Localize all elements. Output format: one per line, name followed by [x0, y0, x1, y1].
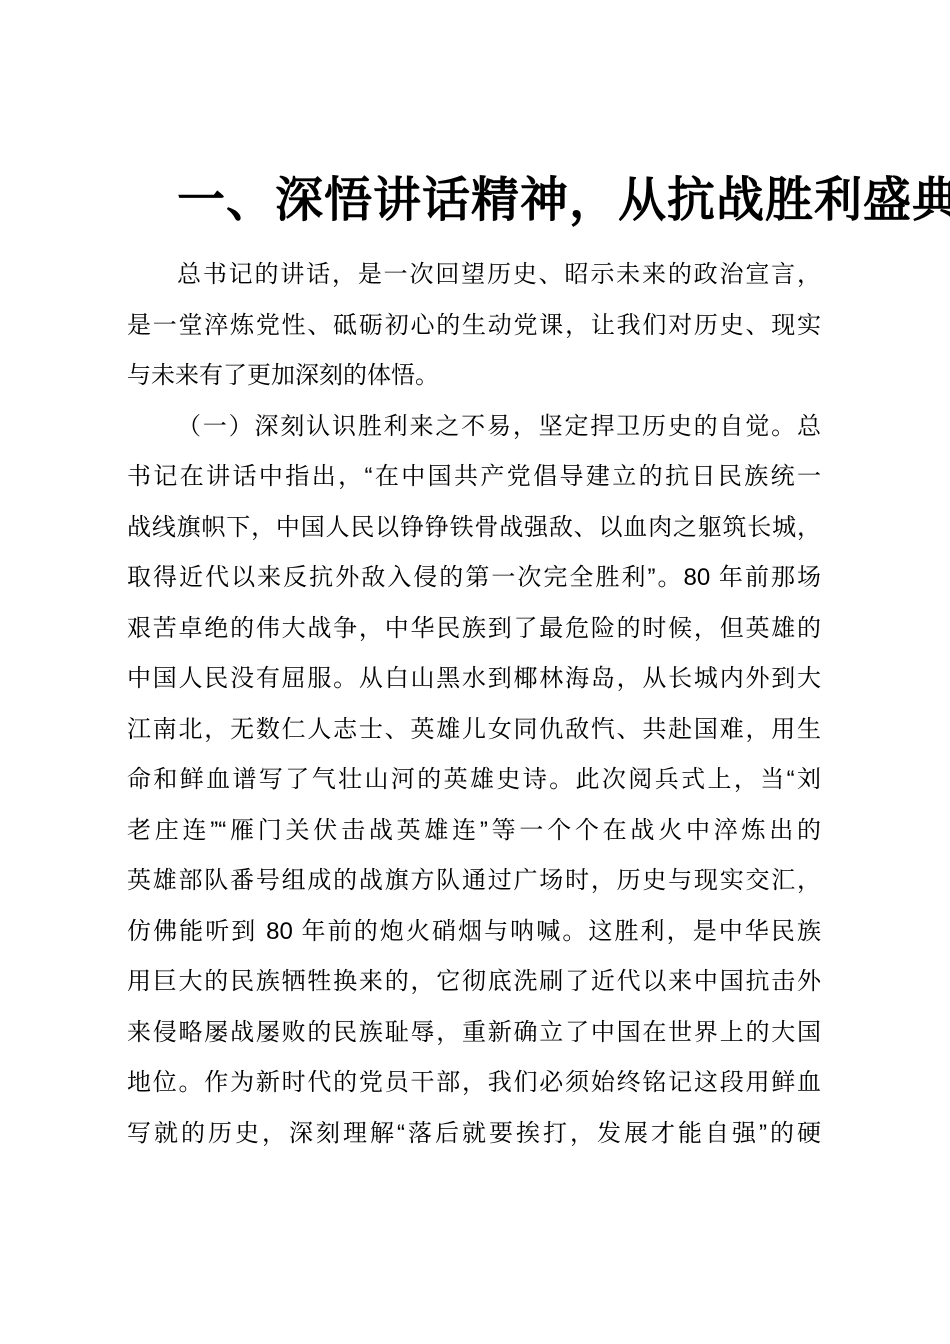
text-line: 来侵略屡战屡败的民族耻辱，重新确立了中国在世界上的大国	[127, 1008, 821, 1059]
text-line: 书记在讲话中指出，“在中国共产党倡导建立的抗日民族统一	[127, 452, 821, 503]
text-line: （一）深刻认识胜利来之不易，坚定捍卫历史的自觉。总	[127, 402, 821, 453]
text-line: 地位。作为新时代的党员干部，我们必须始终铭记这段用鲜血	[127, 1058, 821, 1109]
text-line: 取得近代以来反抗外敌入侵的第一次完全胜利”。80 年前那场	[127, 553, 821, 604]
text-line: 江南北，无数仁人志士、英雄儿女同仇敌忾、共赴国难，用生	[127, 705, 821, 756]
document-page: 一、深悟讲话精神，从抗战胜利盛典中明历史、强底气 总书记的讲话，是一次回望历史、…	[127, 176, 821, 1159]
text-line: 战线旗帜下，中国人民以铮铮铁骨战强敌、以血肉之躯筑长城，	[127, 503, 821, 554]
text-line: 仿佛能听到 80 年前的炮火硝烟与呐喊。这胜利，是中华民族	[127, 907, 821, 958]
text-line: 老庄连”“雁门关伏击战英雄连”等一个个在战火中淬炼出的	[127, 806, 821, 857]
text-line: 用巨大的民族牺牲换来的，它彻底洗刷了近代以来中国抗击外	[127, 957, 821, 1008]
text-line: 与未来有了更加深刻的体悟。	[127, 351, 821, 402]
text-line: 是一堂淬炼党性、砥砺初心的生动党课，让我们对历史、现实	[127, 301, 821, 352]
text-line: 命和鲜血谱写了气壮山河的英雄史诗。此次阅兵式上，当“刘	[127, 755, 821, 806]
paragraph: （一）深刻认识胜利来之不易，坚定捍卫历史的自觉。总 书记在讲话中指出，“在中国共…	[127, 402, 821, 1160]
text-line: 英雄部队番号组成的战旗方队通过广场时，历史与现实交汇，	[127, 856, 821, 907]
paragraph: 总书记的讲话，是一次回望历史、昭示未来的政治宣言， 是一堂淬炼党性、砥砺初心的生…	[127, 250, 821, 402]
section-heading: 一、深悟讲话精神，从抗战胜利盛典中明历史、强底气	[127, 176, 821, 226]
text-line: 写就的历史，深刻理解“落后就要挨打，发展才能自强”的硬	[127, 1109, 821, 1160]
text-line: 中国人民没有屈服。从白山黑水到椰林海岛，从长城内外到大	[127, 654, 821, 705]
text-line: 艰苦卓绝的伟大战争，中华民族到了最危险的时候，但英雄的	[127, 604, 821, 655]
text-line: 总书记的讲话，是一次回望历史、昭示未来的政治宣言，	[127, 250, 821, 301]
